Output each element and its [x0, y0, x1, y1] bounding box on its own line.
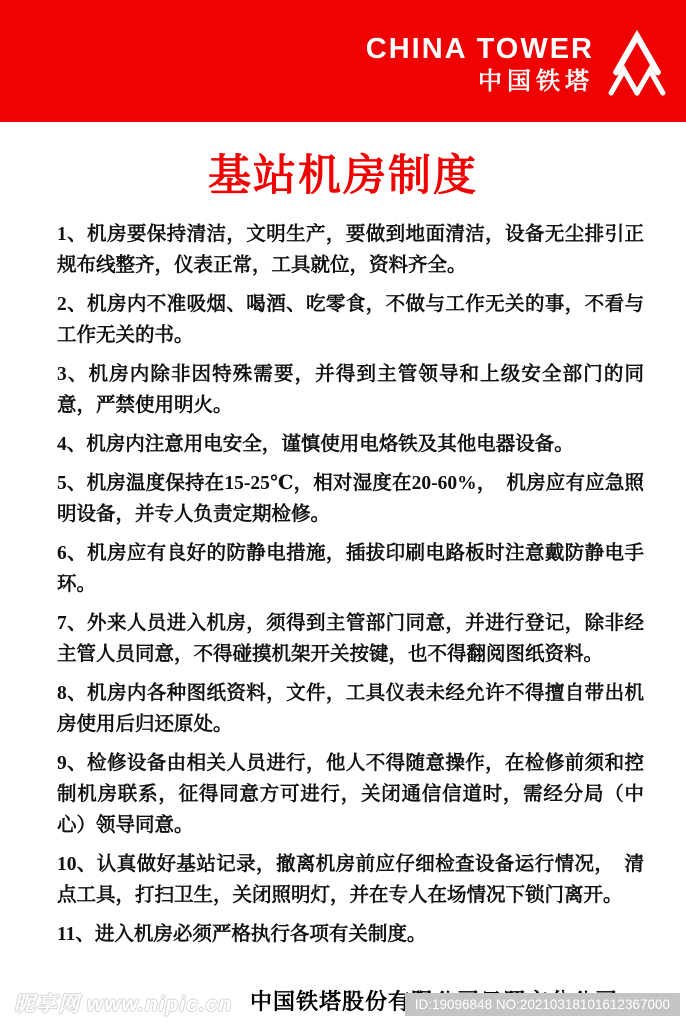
rule-item-8: 8、机房内各种图纸资料，文件，工具仪表未经允许不得擅自带出机房使用后归还原处。 — [57, 678, 644, 740]
rule-item-6: 6、机房应有良好的防静电措施，插拔印刷电路板时注意戴防静电手环。 — [57, 538, 644, 600]
brand-name-chinese: 中国铁塔 — [478, 68, 594, 96]
brand-header: CHINA TOWER 中国铁塔 — [0, 0, 686, 122]
rule-item-1: 1、机房要保持清洁，文明生产，要做到地面清洁，设备无尘排引正规布线整齐，仪表正常… — [57, 219, 644, 281]
rule-item-4: 4、机房内注意用电安全，谨慎使用电烙铁及其他电器设备。 — [57, 429, 644, 460]
rule-item-2: 2、机房内不准吸烟、喝酒、吃零食，不做与工作无关的事，不看与工作无关的书。 — [57, 289, 644, 351]
rule-item-3: 3、机房内除非因特殊需要，并得到主管领导和上级安全部门的同意，严禁使用明火。 — [57, 359, 644, 421]
page-title: 基站机房制度 — [0, 142, 686, 203]
rule-item-5: 5、机房温度保持在15-25℃，相对湿度在20-60%， 机房应有应急照明设备，… — [57, 468, 644, 530]
brand-name-english: CHINA TOWER — [366, 33, 594, 66]
watermark-bar: 昵享网 www.nipic.cn ID:19096848 NO:20210318… — [0, 984, 686, 1024]
rules-list: 1、机房要保持清洁，文明生产，要做到地面清洁，设备无尘排引正规布线整齐，仪表正常… — [0, 209, 686, 1017]
rule-item-9: 9、检修设备由相关人员进行，他人不得随意操作，在检修前须和控制机房联系，征得同意… — [57, 748, 644, 841]
brand-text: CHINA TOWER 中国铁塔 — [366, 33, 594, 96]
watermark-id-badge: ID:19096848 NO:20210318101612367000 — [405, 993, 680, 1016]
poster-page: CHINA TOWER 中国铁塔 基站机房制度 1、机房要保持清洁，文明生产，要… — [0, 0, 686, 1024]
rule-item-10: 10、认真做好基站记录，撤离机房前应仔细检查设备运行情况， 清点工具，打扫卫生，… — [57, 849, 644, 911]
watermark-site-logo: 昵享网 www.nipic.cn — [14, 988, 232, 1018]
rule-item-11: 11、进入机房必须严格执行各项有关制度。 — [57, 919, 644, 950]
rule-item-7: 7、外来人员进入机房，须得到主管部门同意，并进行登记，除非经主管人员同意，不得碰… — [57, 608, 644, 670]
tower-triangles-icon — [608, 28, 666, 100]
